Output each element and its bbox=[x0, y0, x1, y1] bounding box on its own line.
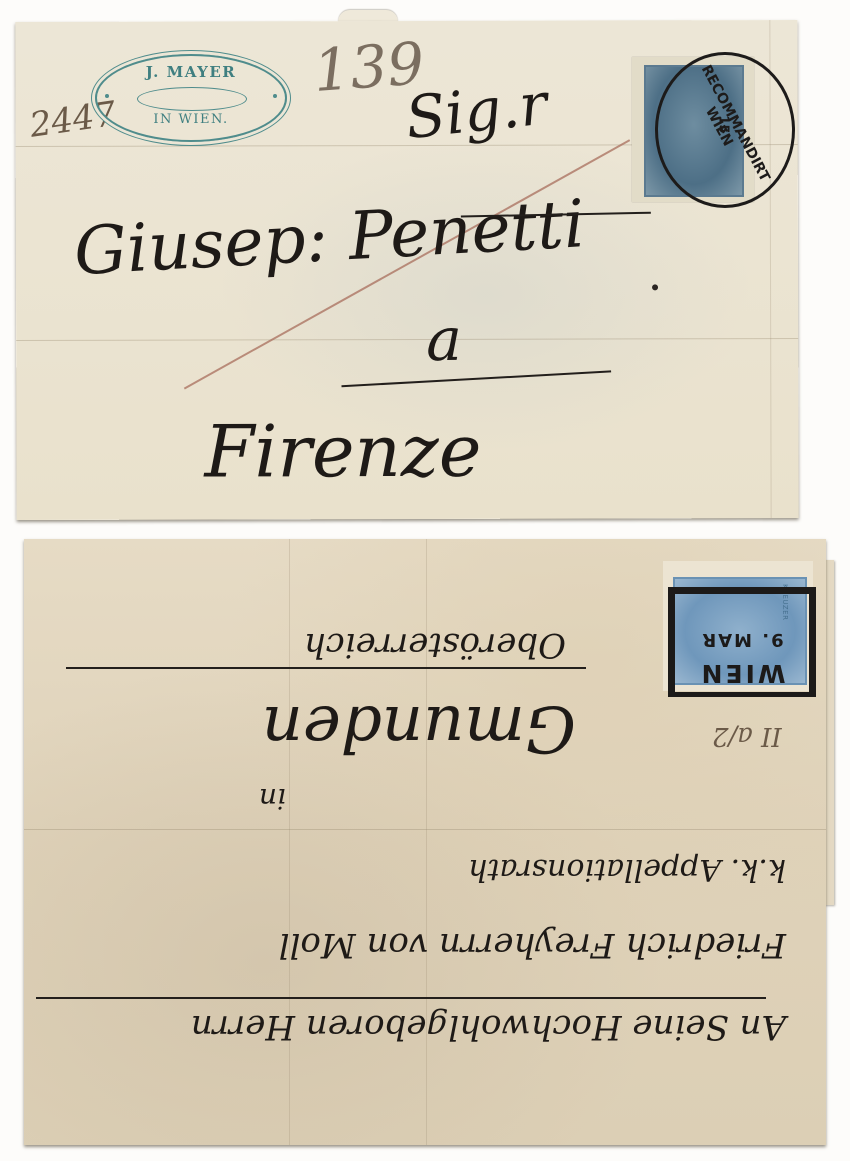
address-line: Friedrich Freyherrn von Moll bbox=[279, 925, 786, 965]
address-line: An Seine Hochwohlgeboren Herrn bbox=[191, 1007, 786, 1047]
boxed-postmark: WIEN 9. MAR bbox=[668, 587, 816, 697]
underline bbox=[341, 370, 611, 386]
address-line: k.k. Appellationsrath bbox=[468, 852, 786, 887]
postmark-town: WIEN bbox=[675, 659, 809, 688]
postmark-date: 15 bbox=[716, 90, 731, 160]
address-line: in bbox=[259, 782, 286, 815]
address-region: Oberösterreich bbox=[304, 625, 566, 665]
address-salutation: Sig.r bbox=[402, 69, 550, 152]
cachet-line-2: IN WIEN. bbox=[97, 112, 285, 127]
ink-spot bbox=[652, 284, 658, 290]
underline bbox=[36, 998, 766, 1000]
cachet-dot bbox=[105, 94, 109, 98]
address-city: Gmunden bbox=[262, 691, 576, 765]
cachet-inner-oval bbox=[137, 87, 247, 111]
cachet-line-1: J. MAYER bbox=[97, 63, 285, 81]
circular-date-postmark: RECOMMANDIRT WIEN 15 bbox=[655, 52, 795, 208]
address-connector: a bbox=[426, 305, 462, 375]
pencil-note: II a/2 bbox=[712, 721, 782, 751]
postmark-date: 9. MAR bbox=[675, 629, 809, 650]
underline bbox=[66, 668, 586, 670]
address-city: Firenze bbox=[204, 409, 481, 494]
cachet-dot bbox=[273, 94, 277, 98]
sender-cachet: J. MAYER IN WIEN. bbox=[95, 54, 287, 142]
address-name: Giusep: Penetti bbox=[72, 185, 586, 290]
fold-line bbox=[16, 338, 798, 341]
